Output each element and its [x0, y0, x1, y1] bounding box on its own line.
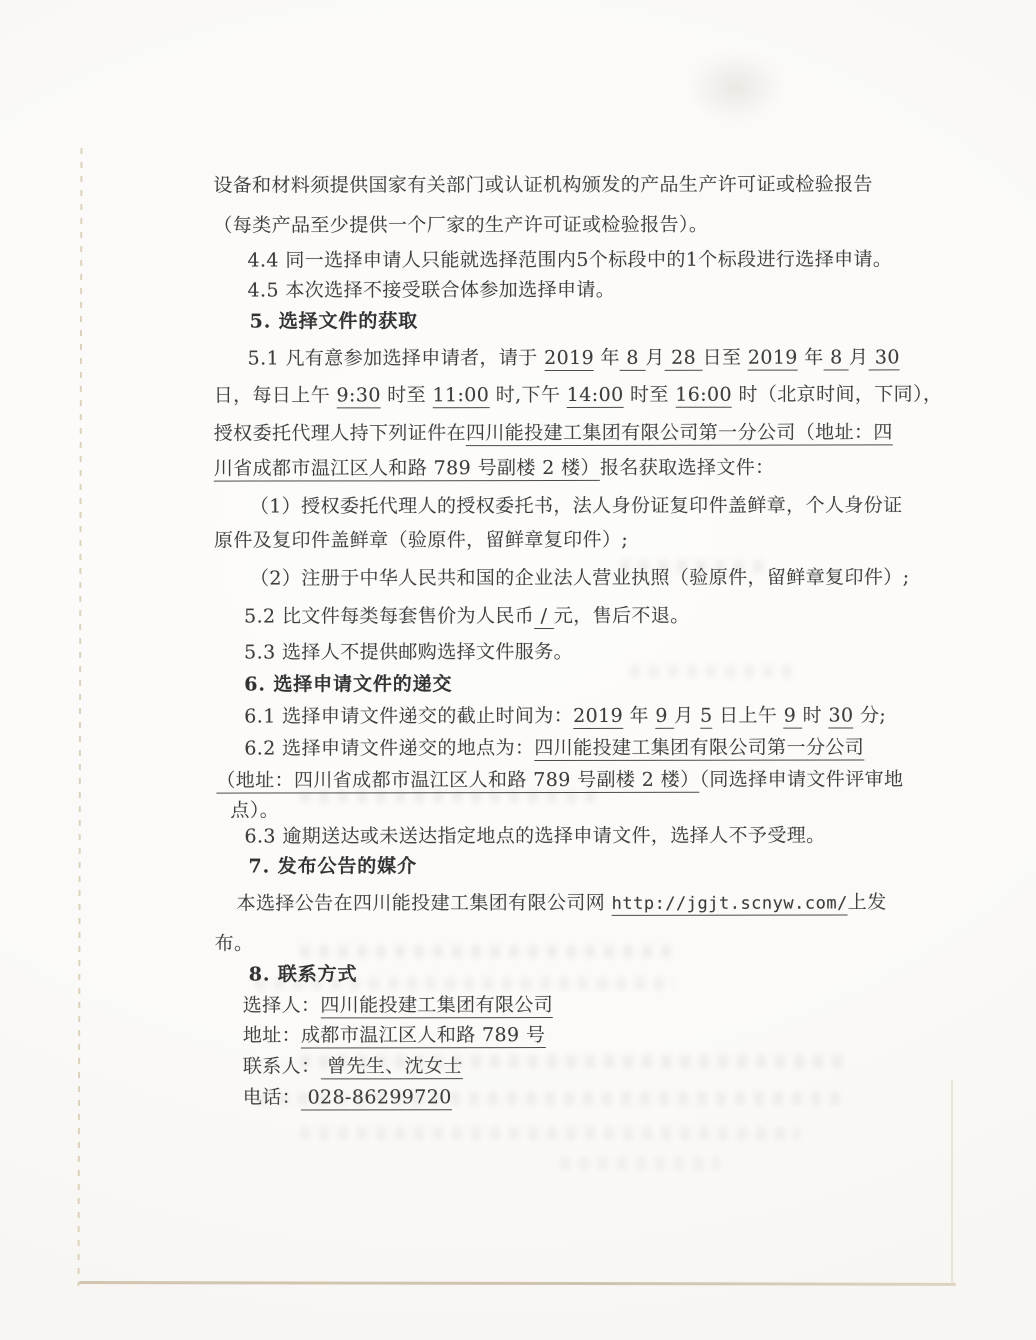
text-segment: 5.3 选择人不提供邮购选择文件服务。: [244, 641, 573, 664]
doc-line: 选择人：四川能投建工集团有限公司: [243, 992, 553, 1019]
text-segment: （每类产品至少提供一个厂家的生产许可证或检验报告）。: [213, 214, 708, 237]
doc-heading-line: 7. 发布公告的媒介: [248, 853, 416, 879]
doc-line: 5.2 比文件每类每套售价为人民币 / 元，售后不退。: [244, 603, 690, 630]
text-segment: 上发: [848, 891, 887, 913]
underlined-text: 8: [620, 347, 645, 371]
text-segment: 年: [798, 347, 824, 369]
doc-line: 6.1 选择申请文件递交的截止时间为：2019 年 9 月 5 日上午 9 时 …: [244, 702, 886, 729]
text-segment: 设备和材料须提供国家有关部门或认证机构颁发的产品生产许可证或检验报告: [213, 173, 873, 196]
text-segment: 年: [594, 347, 620, 369]
text-segment: 8. 联系方式: [249, 963, 358, 985]
text-segment: 6. 选择申请文件的递交: [244, 673, 452, 695]
doc-line: 5.3 选择人不提供邮购选择文件服务。: [244, 639, 573, 666]
text-segment: 布。: [215, 933, 254, 955]
underlined-text: 16:00: [675, 384, 732, 408]
doc-line: 4.4 同一选择申请人只能就选择范围内5个标段中的1个标段进行选择申请。: [247, 246, 892, 273]
bleedthrough-smudge: [630, 665, 800, 678]
text-segment: 7. 发布公告的媒介: [248, 855, 416, 877]
text-segment: 月: [645, 347, 664, 369]
text-segment: 时,下午: [489, 384, 567, 406]
bleedthrough-smudge: [560, 1157, 720, 1170]
underlined-text: /: [534, 605, 554, 629]
doc-heading-line: 6. 选择申请文件的递交: [244, 671, 452, 697]
text-segment: 日至: [703, 347, 748, 369]
text-segment: 分;: [853, 704, 886, 726]
paper-right-edge: [951, 1080, 953, 1284]
doc-line: 4.5 本次选择不接受联合体参加选择申请。: [247, 277, 615, 304]
underlined-text: 11:00: [432, 384, 489, 408]
doc-line: 点）。: [230, 797, 279, 823]
doc-heading-line: 8. 联系方式: [249, 961, 358, 987]
text-segment: 本选择公告在四川能投建工集团有限公司网: [237, 892, 612, 915]
underlined-text: 30: [868, 346, 899, 370]
text-segment: 地址：: [243, 1024, 301, 1046]
doc-line: （2）注册于中华人民共和国的企业法人营业执照（验原件，留鲜章复印件）;: [250, 564, 910, 591]
underlined-text: 2019: [748, 347, 798, 371]
text-segment: 选择人：: [243, 994, 321, 1016]
underlined-text: http://jgjt.scnyw.com/: [612, 894, 848, 916]
underlined-text: 成都市温江区人和路 789 号: [301, 1024, 545, 1048]
text-segment: （2）注册于中华人民共和国的企业法人营业执照（验原件，留鲜章复印件）;: [250, 566, 910, 589]
text-segment: 点）。: [230, 799, 279, 821]
doc-line: 授权委托代理人持下列证件在四川能投建工集团有限公司第一分公司（地址：四: [214, 419, 893, 446]
underlined-text: 四川能投建工集团有限公司第一分公司（地址：四: [466, 421, 893, 446]
underlined-text: 5: [700, 705, 713, 729]
text-segment: 时: [803, 705, 829, 727]
text-segment: 电话：: [243, 1086, 301, 1108]
text-segment: （1）授权委托代理人的授权委托书，法人身份证复印件盖鲜章，个人身份证: [250, 494, 903, 517]
text-segment: 授权委托代理人持下列证件在: [214, 422, 466, 444]
bleedthrough-smudge: [300, 1127, 800, 1140]
bleedthrough-smudge: [300, 945, 680, 958]
doc-line: （1）授权委托代理人的授权委托书，法人身份证复印件盖鲜章，个人身份证: [250, 492, 903, 519]
text-segment: 时至: [624, 384, 676, 406]
paper-left-edge: [78, 148, 83, 1286]
doc-line: 联系人： 曾先生、沈女士: [243, 1053, 463, 1079]
text-segment: 日，每日上午: [214, 384, 337, 406]
text-segment: 时至: [381, 384, 433, 406]
paper-bottom-edge: [79, 1281, 956, 1286]
underlined-text: 028-86299720: [301, 1086, 452, 1110]
text-segment: 联系人：: [243, 1055, 321, 1077]
text-segment: 报名获取选择文件：: [600, 457, 775, 479]
doc-line: （每类产品至少提供一个厂家的生产许可证或检验报告）。: [213, 212, 708, 239]
text-segment: 6.1 选择申请文件递交的截止时间为：: [244, 705, 573, 728]
text-segment: 5.1 凡有意参加选择申请者，请于: [248, 347, 545, 370]
doc-line: 川省成都市温江区人和路 789 号副楼 2 楼）报名获取选择文件：: [214, 455, 775, 482]
doc-line: （地址：四川省成都市温江区人和路 789 号副楼 2 楼）（同选择申请文件评审地: [216, 766, 903, 793]
text-segment: 6.2 选择申请文件递交的地点为：: [244, 737, 534, 760]
text-segment: 元，售后不退。: [554, 605, 690, 627]
underlined-text: 2019: [544, 347, 594, 371]
text-segment: 6.3 逾期送达或未送达指定地点的选择申请文件，选择人不予受理。: [244, 825, 825, 848]
doc-line: 6.2 选择申请文件递交的地点为：四川能投建工集团有限公司第一分公司: [244, 734, 864, 761]
text-segment: 日上午: [713, 705, 784, 727]
doc-heading-line: 5. 选择文件的获取: [250, 308, 418, 334]
text-segment: 4.5 本次选择不接受联合体参加选择申请。: [247, 279, 615, 302]
document-content: 设备和材料须提供国家有关部门或认证机构颁发的产品生产许可证或检验报告（每类产品至…: [213, 0, 913, 1]
underlined-text: 14:00: [567, 384, 624, 408]
text-segment: 月: [674, 705, 700, 727]
text-segment: 5. 选择文件的获取: [250, 310, 418, 332]
doc-line: 设备和材料须提供国家有关部门或认证机构颁发的产品生产许可证或检验报告: [213, 171, 873, 198]
doc-line: 日，每日上午 9:30 时至 11:00 时,下午 14:00 时至 16:00…: [214, 381, 943, 408]
underlined-text: 9: [655, 705, 674, 729]
doc-line: 电话： 028-86299720: [243, 1084, 452, 1110]
underlined-text: 30: [828, 704, 853, 728]
underlined-text: 四川能投建工集团有限公司: [320, 994, 553, 1018]
text-segment: 原件及复印件盖鲜章（验原件，留鲜章复印件）;: [214, 529, 628, 552]
doc-line: 5.1 凡有意参加选择申请者，请于 2019 年 8 月 28 日至 2019 …: [248, 344, 900, 371]
text-segment: 月: [849, 346, 868, 368]
underlined-text: 四川能投建工集团有限公司第一分公司: [534, 736, 864, 761]
text-segment: 时（北京时间，下同），: [732, 383, 942, 405]
doc-line: 本选择公告在四川能投建工集团有限公司网 http://jgjt.scnyw.co…: [237, 889, 887, 916]
underlined-text: 9:30: [337, 384, 381, 408]
underlined-text: 2019: [573, 705, 623, 729]
underlined-text: 8: [824, 347, 849, 371]
bleedthrough-smudge: [688, 52, 783, 122]
scanned-document: 设备和材料须提供国家有关部门或认证机构颁发的产品生产许可证或检验报告（每类产品至…: [0, 0, 1036, 1340]
text-segment: （同选择申请文件评审地: [699, 768, 903, 790]
doc-line: 6.3 逾期送达或未送达指定地点的选择申请文件，选择人不予受理。: [244, 823, 825, 850]
text-segment: 4.4 同一选择申请人只能就选择范围内5个标段中的1个标段进行选择申请。: [247, 248, 892, 271]
text-segment: 5.2 比文件每类每套售价为人民币: [244, 605, 534, 628]
doc-line: 布。: [215, 931, 254, 957]
underlined-text: （地址：四川省成都市温江区人和路 789 号副楼 2 楼）: [216, 769, 699, 794]
doc-line: 原件及复印件盖鲜章（验原件，留鲜章复印件）;: [214, 527, 628, 554]
underlined-text: 川省成都市温江区人和路 789 号副楼 2 楼）: [214, 457, 600, 482]
doc-line: 地址：成都市温江区人和路 789 号: [243, 1022, 546, 1049]
underlined-text: 曾先生、沈女士: [320, 1055, 462, 1079]
underlined-text: 9: [784, 705, 803, 729]
underlined-text: 28: [665, 347, 703, 371]
text-segment: 年: [623, 705, 655, 727]
